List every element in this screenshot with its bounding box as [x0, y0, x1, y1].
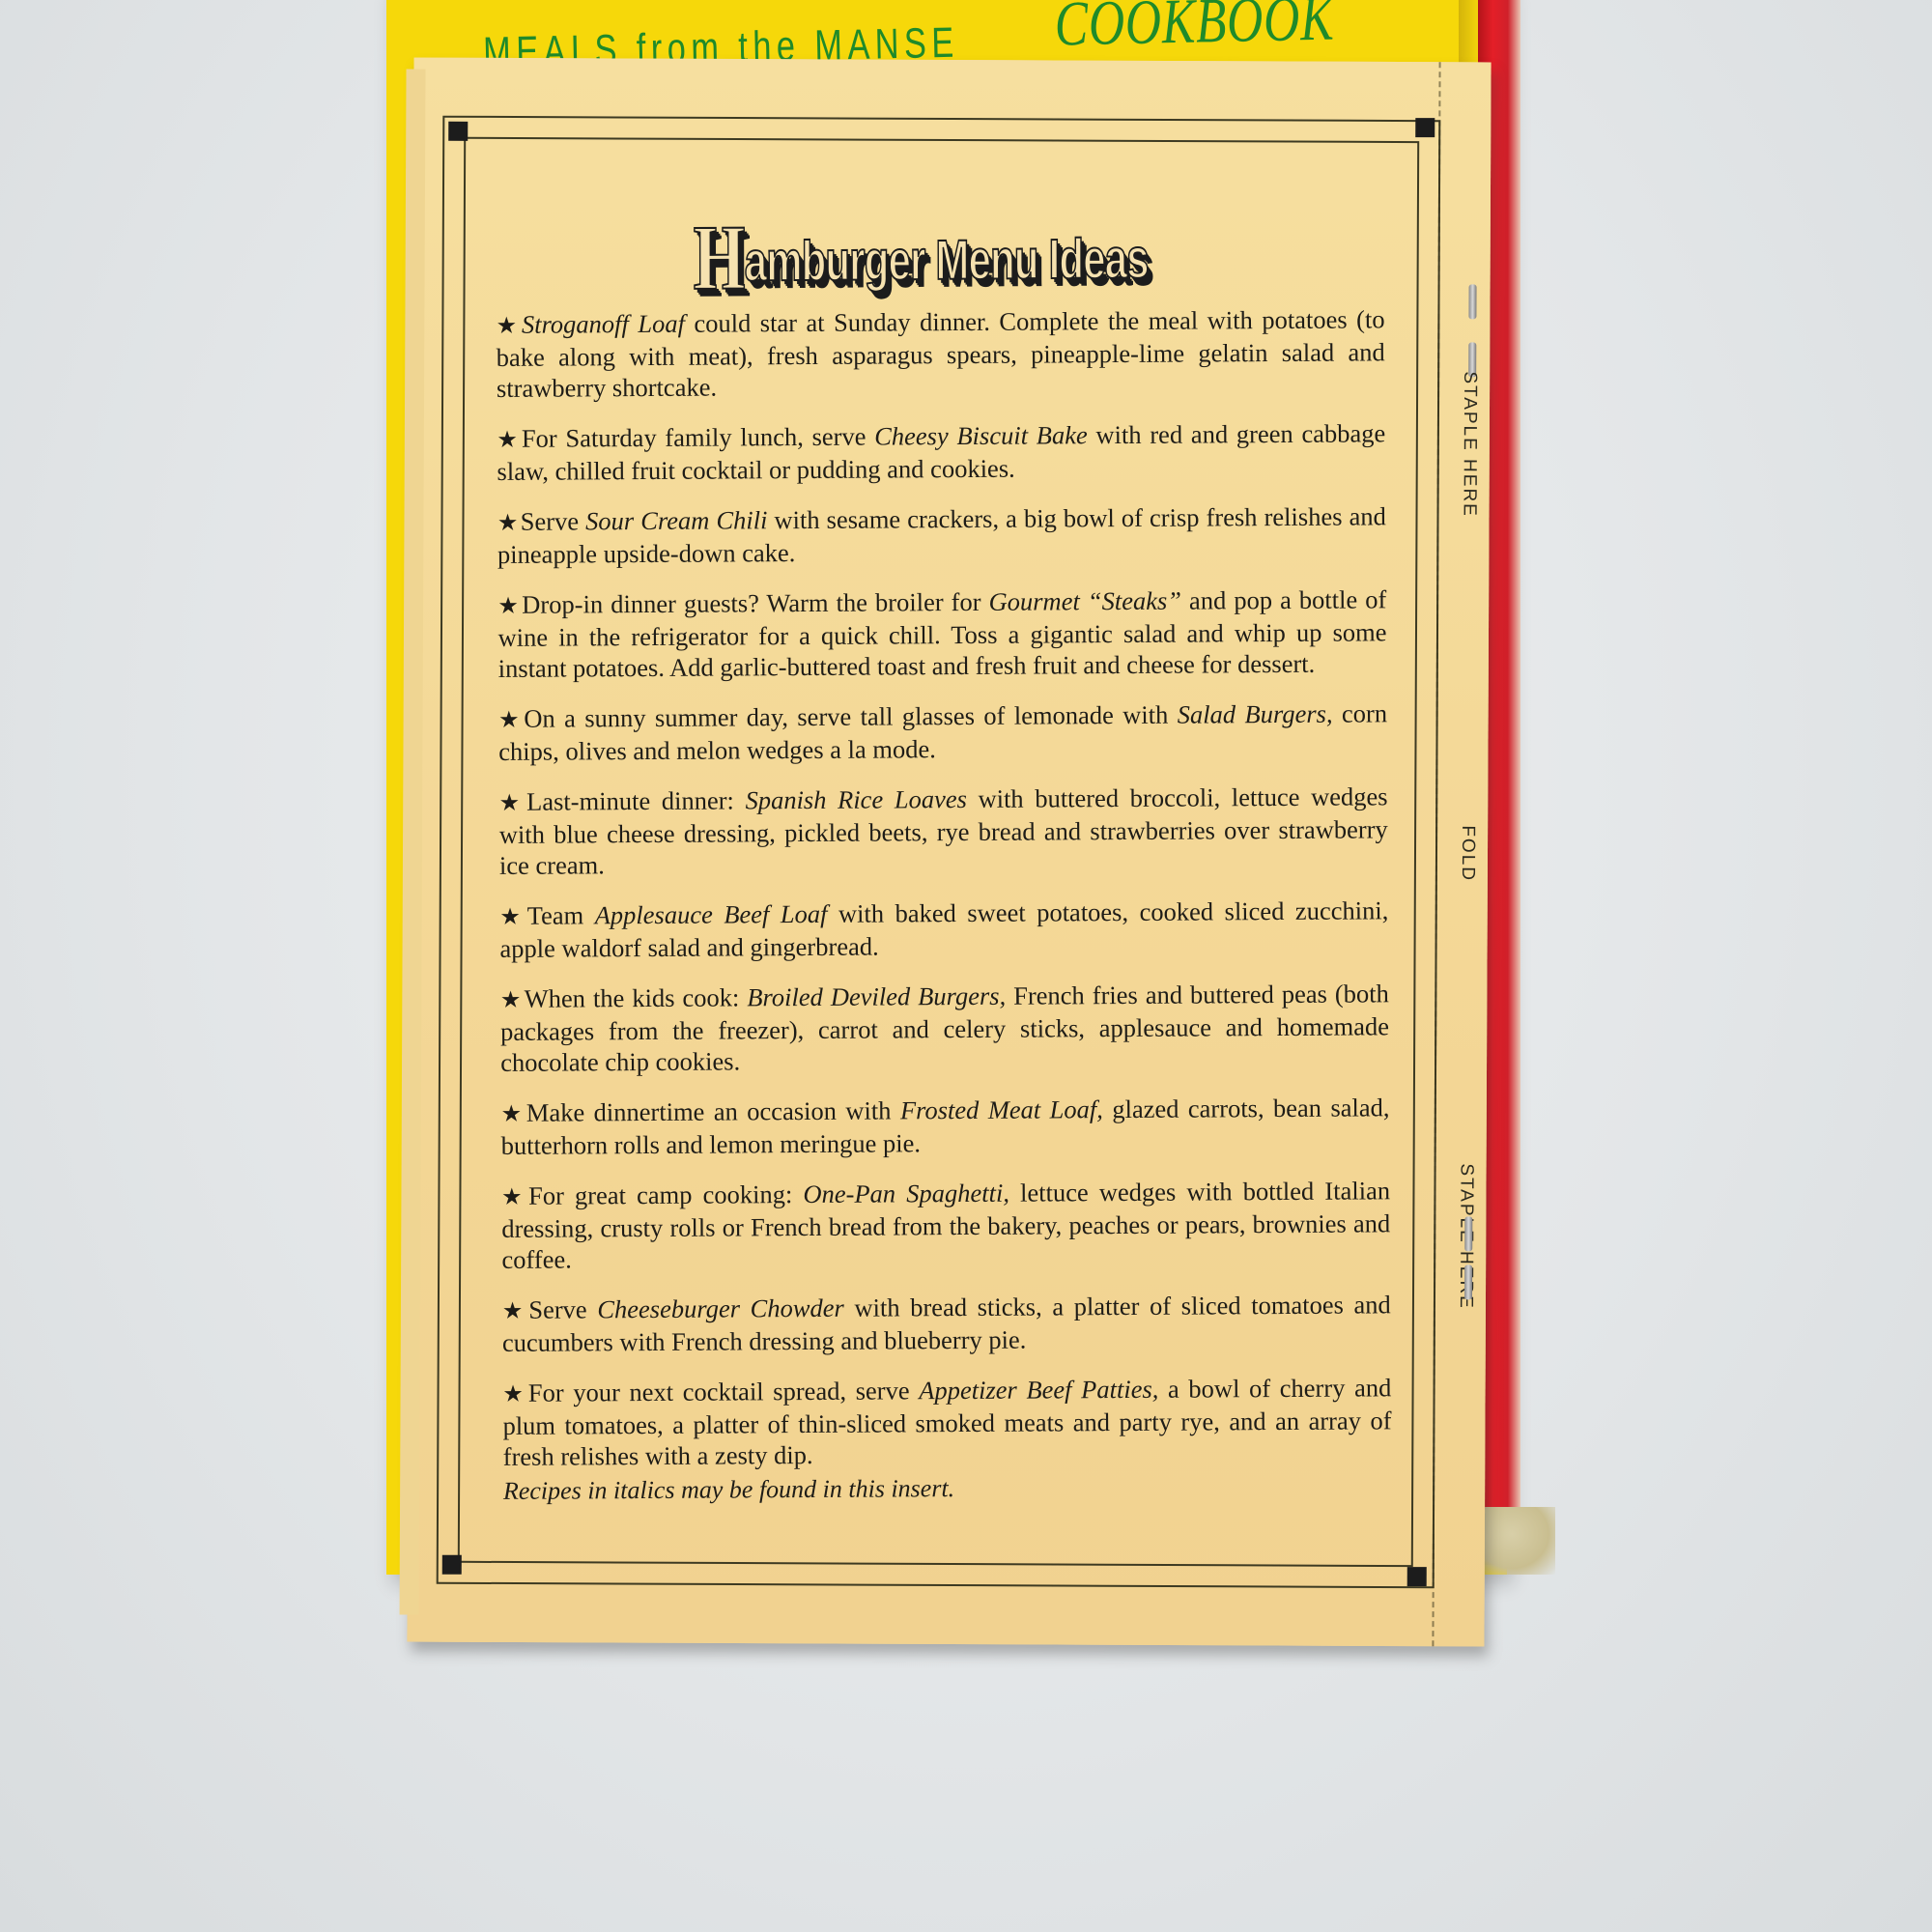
recipe-name: Gourmet “Steaks”	[988, 586, 1181, 616]
star-icon: ★	[501, 1185, 526, 1210]
corner-square-icon	[1407, 1567, 1427, 1586]
star-icon: ★	[502, 1382, 526, 1407]
menu-idea: ★For your next cocktail spread, serve Ap…	[502, 1372, 1392, 1472]
cover-title-word: COOKBOOK	[1054, 0, 1335, 62]
menu-idea: ★Stroganoff Loaf could star at Sunday di…	[496, 303, 1385, 404]
star-icon: ★	[497, 594, 520, 619]
staple-icon	[1464, 1216, 1472, 1251]
fold-strip: STAPLE HERE FOLD STAPLE HERE	[1432, 62, 1491, 1646]
menu-idea: ★Last-minute dinner: Spanish Rice Loaves…	[498, 781, 1388, 881]
recipe-name: Frosted Meat Loaf,	[900, 1094, 1103, 1124]
staple-icon	[1468, 284, 1476, 319]
menu-heading: Hamburger Menu Ideas	[694, 201, 1056, 300]
star-icon: ★	[498, 708, 522, 733]
heading-rest: amburger Menu Ideas	[745, 227, 1149, 293]
star-icon: ★	[497, 511, 519, 536]
corner-square-icon	[1415, 118, 1435, 137]
recipe-name: Cheesy Biscuit Bake	[874, 420, 1088, 450]
menu-idea: ★When the kids cook: Broiled Deviled Bur…	[500, 978, 1390, 1078]
menu-idea: ★Team Applesauce Beef Loaf with baked sw…	[499, 895, 1388, 964]
idea-text-before: Make dinnertime an occasion with	[526, 1095, 900, 1126]
menu-idea: ★Drop-in dinner guests? Warm the broiler…	[497, 583, 1387, 684]
idea-text-before: Drop-in dinner guests? Warm the broiler …	[522, 587, 989, 619]
recipe-name: Spanish Rice Loaves	[745, 784, 967, 814]
star-icon: ★	[502, 1299, 527, 1324]
menu-ideas-list: ★Stroganoff Loaf could star at Sunday di…	[496, 303, 1392, 1507]
staple-here-label-top: STAPLE HERE	[1451, 371, 1481, 518]
menu-idea: ★For great camp cooking: One-Pan Spaghet…	[501, 1175, 1391, 1275]
corner-square-icon	[442, 1555, 462, 1575]
menu-idea: ★Serve Cheeseburger Chowder with bread s…	[502, 1289, 1391, 1358]
recipe-name: One-Pan Spaghetti,	[803, 1179, 1009, 1208]
recipe-name: Broiled Deviled Burgers,	[747, 981, 1006, 1012]
recipe-name: Stroganoff Loaf	[522, 309, 685, 339]
star-icon: ★	[500, 988, 523, 1013]
star-icon: ★	[496, 314, 520, 339]
star-icon: ★	[498, 791, 525, 816]
recipe-name: Salad Burgers,	[1178, 699, 1333, 729]
menu-idea: ★Make dinnertime an occasion with Froste…	[500, 1092, 1389, 1161]
staple-icon	[1464, 1264, 1472, 1299]
recipe-name: Cheeseburger Chowder	[597, 1293, 844, 1324]
idea-text-before: For your next cocktail spread, serve	[528, 1376, 920, 1406]
idea-text-before: Serve	[521, 506, 586, 535]
heading-initial: H	[694, 205, 745, 308]
star-icon: ★	[497, 428, 520, 453]
corner-square-icon	[448, 122, 468, 141]
footnote: Recipes in italics may be found in this …	[503, 1470, 1392, 1507]
idea-text-before: When the kids cook:	[525, 982, 748, 1012]
idea-text-before: On a sunny summer day, serve tall glasse…	[524, 700, 1178, 733]
idea-text-before: For great camp cooking:	[528, 1179, 804, 1210]
idea-text-before: Serve	[528, 1294, 597, 1323]
menu-idea: ★For Saturday family lunch, serve Cheesy…	[497, 417, 1385, 487]
star-icon: ★	[499, 905, 526, 930]
recipe-name: Applesauce Beef Loaf	[595, 899, 828, 929]
star-icon: ★	[500, 1102, 524, 1127]
recipe-name: Appetizer Beef Patties,	[919, 1375, 1158, 1406]
menu-idea: ★On a sunny summer day, serve tall glass…	[498, 697, 1387, 767]
menu-idea: ★Serve Sour Cream Chili with sesame crac…	[497, 500, 1386, 570]
menu-insert-card: STAPLE HERE FOLD STAPLE HERE Hamburger M…	[407, 58, 1491, 1647]
idea-text-before: For Saturday family lunch, serve	[522, 422, 874, 453]
idea-text-before: Team	[527, 900, 595, 929]
fold-label: FOLD	[1449, 825, 1478, 882]
recipe-name: Sour Cream Chili	[585, 505, 767, 535]
idea-text-before: Last-minute dinner:	[526, 785, 746, 815]
